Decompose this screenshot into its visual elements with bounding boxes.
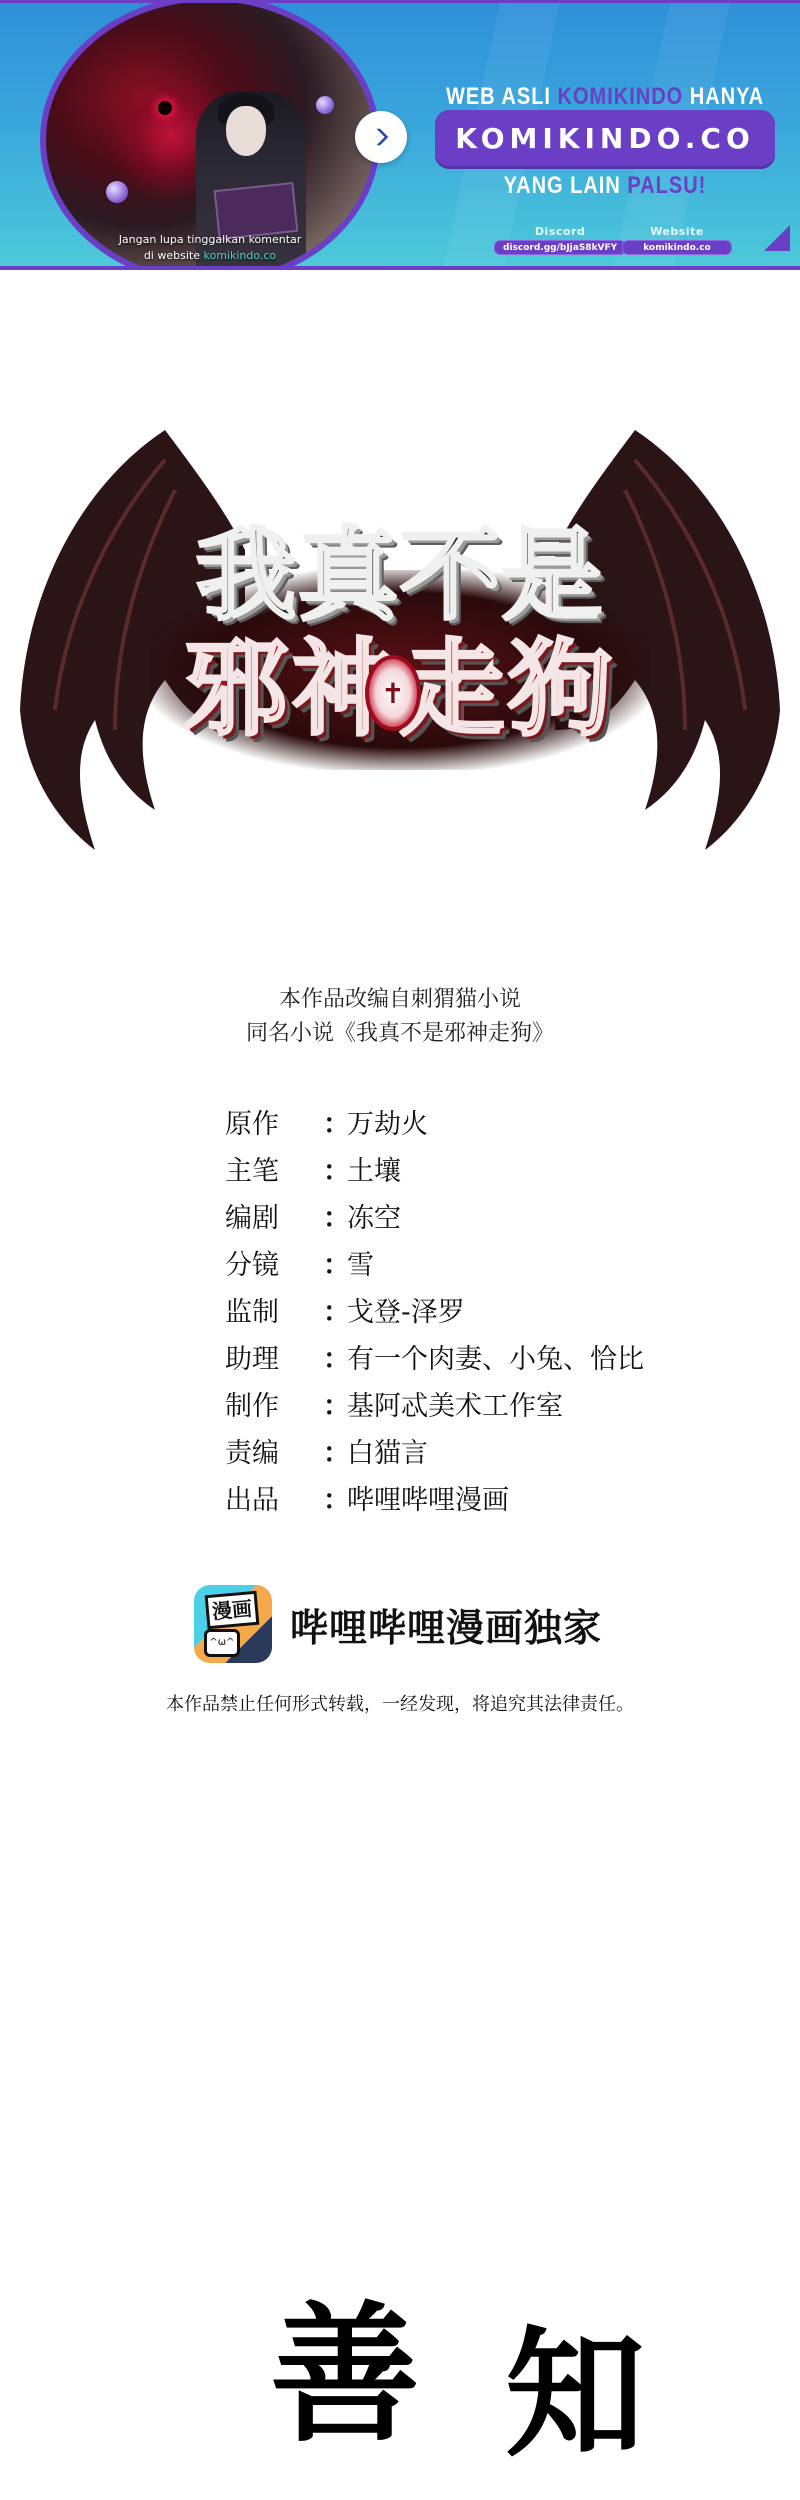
- exclusive-badge: 漫画 ^ω^ 哔哩哔哩漫画独家: [194, 1585, 602, 1663]
- credit-name: 戈登-泽罗: [347, 1290, 465, 1329]
- artwork-book: [214, 182, 299, 240]
- credit-role: 制作: [225, 1384, 323, 1423]
- promo-highlight: KOMIKINDO: [558, 84, 684, 110]
- credit-row: 分镜：雪: [225, 1239, 644, 1286]
- discord-link-group: Discord discord.gg/bJjaS8kVFY: [494, 225, 626, 255]
- website-label: Website: [622, 225, 732, 238]
- banner-artwork: Jangan lupa tinggalkan komentar di websi…: [40, 0, 380, 270]
- artwork-caption-line2: di website komikindo.co: [46, 249, 374, 262]
- credit-row: 出品：哔哩哔哩漫画: [225, 1474, 644, 1521]
- promo-text: YANG LAIN: [504, 173, 628, 199]
- credit-sep: ：: [323, 1478, 347, 1517]
- credit-name: 万劫火: [347, 1102, 428, 1141]
- credit-sep: ：: [323, 1243, 347, 1282]
- credits-list: 原作：万劫火 主笔：土壤 编剧：冻空 分镜：雪 监制：戈登-泽罗 助理：有一个肉…: [225, 1098, 644, 1521]
- credit-name: 基阿忒美术工作室: [347, 1384, 563, 1423]
- credit-role: 原作: [225, 1102, 323, 1141]
- artwork-character-face: [226, 106, 266, 156]
- artwork-monster-eye: [158, 101, 172, 115]
- credit-name: 有一个肉妻、小兔、恰比: [347, 1337, 644, 1376]
- promo-text: WEB ASLI: [446, 84, 558, 110]
- caption-prefix: di website: [144, 249, 204, 262]
- credit-sep: ：: [323, 1290, 347, 1329]
- bilibili-comics-app-icon: 漫画 ^ω^: [194, 1585, 272, 1663]
- title-logo: 我真不是 邪神走狗: [0, 420, 800, 880]
- credit-name: 冻空: [347, 1196, 401, 1235]
- credit-role: 助理: [225, 1337, 323, 1376]
- credit-row: 制作：基阿忒美术工作室: [225, 1380, 644, 1427]
- app-icon-flag: 漫画: [205, 1591, 260, 1629]
- exclusive-label: 哔哩哔哩漫画独家: [290, 1597, 602, 1652]
- credit-row: 原作：万劫火: [225, 1098, 644, 1145]
- credit-row: 编剧：冻空: [225, 1192, 644, 1239]
- artwork-orb: [316, 96, 334, 114]
- credit-row: 监制：戈登-泽罗: [225, 1286, 644, 1333]
- credit-row: 助理：有一个肉妻、小兔、恰比: [225, 1333, 644, 1380]
- promo-highlight: PALSU!: [627, 173, 706, 199]
- panel-text-char2: 知: [505, 2325, 645, 2465]
- credit-sep: ：: [323, 1384, 347, 1423]
- credit-name: 白猫言: [347, 1431, 428, 1470]
- discord-label: Discord: [494, 225, 626, 238]
- credit-sep: ：: [323, 1149, 347, 1188]
- copyright-notice: 本作品禁止任何形式转载，一经发现，将追究其法律责任。: [0, 1690, 800, 1716]
- app-icon-tv: ^ω^: [204, 1629, 240, 1657]
- credit-role: 主笔: [225, 1149, 323, 1188]
- discord-link[interactable]: discord.gg/bJjaS8kVFY: [494, 240, 626, 255]
- chevron-right-icon: [370, 126, 392, 148]
- artwork-caption-line1: Jangan lupa tinggalkan komentar: [46, 233, 374, 246]
- credit-sep: ：: [323, 1102, 347, 1141]
- credit-name: 土壤: [347, 1149, 401, 1188]
- promo-text: HANYA: [683, 84, 764, 110]
- credit-role: 监制: [225, 1290, 323, 1329]
- credit-role: 责编: [225, 1431, 323, 1470]
- promo-domain-pill[interactable]: KOMIKINDO.CO: [435, 110, 775, 166]
- credit-sep: ：: [323, 1337, 347, 1376]
- promo-warning: YANG LAIN PALSU!: [435, 173, 775, 201]
- credit-row: 责编：白猫言: [225, 1427, 644, 1474]
- credit-role: 分镜: [225, 1243, 323, 1282]
- website-link[interactable]: komikindo.co: [622, 240, 732, 255]
- caption-link[interactable]: komikindo.co: [203, 249, 276, 262]
- credit-role: 出品: [225, 1478, 323, 1517]
- adaptation-note: 本作品改编自刺猬猫小说: [0, 982, 800, 1013]
- credit-row: 主笔：土壤: [225, 1145, 644, 1192]
- source-novel-note: 同名小说《我真不是邪神走狗》: [0, 1016, 800, 1047]
- website-link-group: Website komikindo.co: [622, 225, 732, 255]
- credit-name: 雪: [347, 1243, 374, 1282]
- credit-sep: ：: [323, 1431, 347, 1470]
- promo-headline: WEB ASLI KOMIKINDO HANYA: [435, 84, 775, 112]
- credit-sep: ：: [323, 1196, 347, 1235]
- artwork-orb: [106, 181, 128, 203]
- credit-name: 哔哩哔哩漫画: [347, 1478, 509, 1517]
- next-button[interactable]: [355, 111, 407, 163]
- panel-text-char1: 善: [270, 2300, 420, 2450]
- logo-eye-emblem-icon: [365, 655, 421, 731]
- credit-role: 编剧: [225, 1196, 323, 1235]
- promo-banner: Jangan lupa tinggalkan komentar di websi…: [0, 0, 800, 270]
- corner-triangle-icon: [764, 225, 790, 251]
